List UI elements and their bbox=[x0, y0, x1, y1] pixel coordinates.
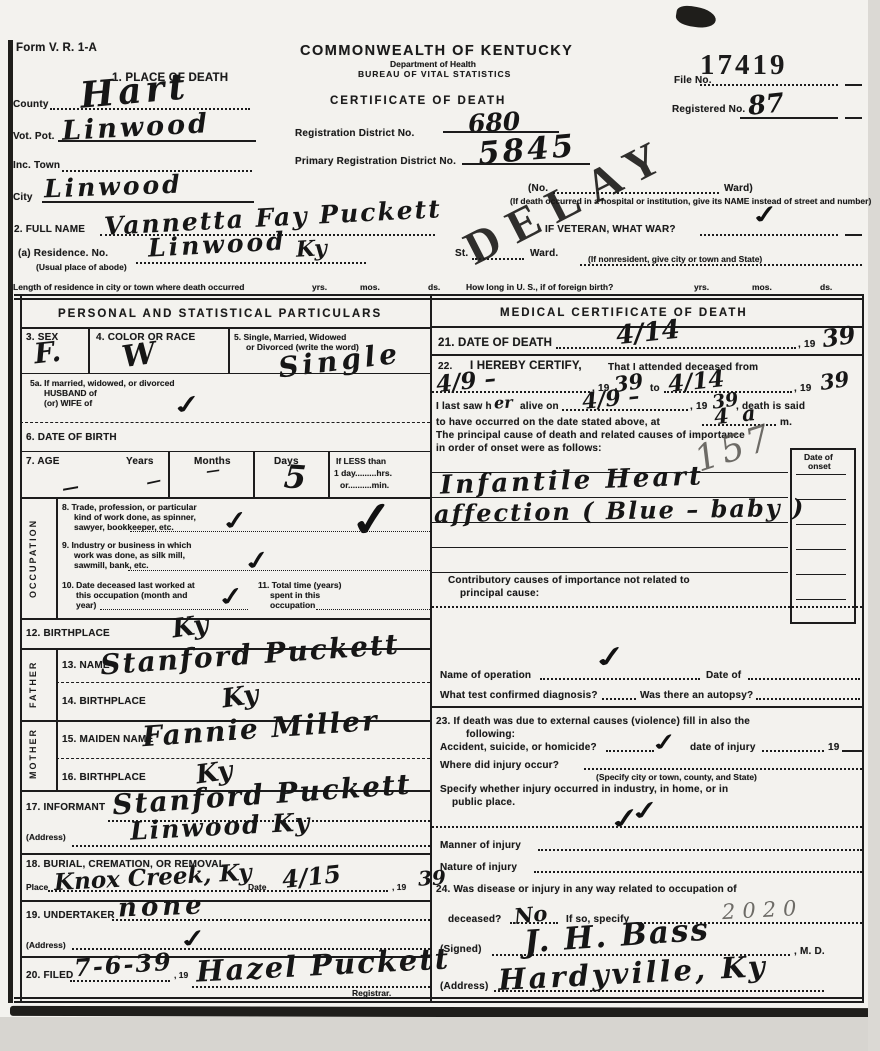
filed-year-prefix: , 19 bbox=[174, 970, 188, 980]
form-line bbox=[42, 201, 254, 203]
form-line bbox=[192, 986, 430, 988]
burial-date-value: 4/15 bbox=[281, 859, 343, 894]
form-line bbox=[845, 234, 862, 236]
date-of-death-label: 21. DATE OF DEATH bbox=[438, 337, 552, 349]
mother-birthplace-label: 16. BIRTHPLACE bbox=[62, 772, 146, 783]
age-label: 7. AGE bbox=[26, 456, 60, 467]
veteran-checkmark-icon: ✓ bbox=[749, 199, 781, 230]
married-note-line2: HUSBAND of bbox=[44, 388, 97, 398]
operation-label: Name of operation bbox=[440, 670, 531, 681]
death-certificate-scan: Form V. R. 1-A COMMONWEALTH OF KENTUCKY … bbox=[0, 0, 880, 1051]
scan-blob-top-right bbox=[675, 4, 718, 30]
less-than-line1: If LESS than bbox=[336, 456, 386, 466]
industry-label-line2: work was done, as silk mill, bbox=[74, 550, 185, 560]
date-of-death-year: 39 bbox=[820, 320, 857, 353]
signed-label: (Signed) bbox=[440, 944, 482, 955]
sex-value: F. bbox=[32, 335, 62, 371]
meridian-label: m. bbox=[780, 417, 792, 428]
industry-checkmark-icon: ✓ bbox=[240, 545, 274, 578]
form-line bbox=[56, 720, 58, 790]
form-line bbox=[862, 296, 864, 1002]
trade-label-line2: kind of work done, as spinner, bbox=[74, 512, 196, 522]
last-worked-label-line2: this occupation (month and bbox=[76, 590, 187, 600]
certificate-title: CERTIFICATE OF DEATH bbox=[330, 95, 506, 107]
color-race-value: W bbox=[120, 336, 158, 375]
form-line bbox=[100, 609, 248, 610]
manner-of-injury-label: Manner of injury bbox=[440, 840, 521, 851]
vot-pot-label: Vot. Pot. bbox=[13, 131, 55, 142]
filed-date-value: 7-6-39 bbox=[73, 947, 174, 983]
trade-checkmark-icon: ✓ bbox=[219, 505, 252, 537]
ds-label: ds. bbox=[428, 282, 440, 292]
attended-to-year-prefix: , 19 bbox=[794, 383, 811, 394]
primary-district-label: Primary Registration District No. bbox=[295, 156, 456, 167]
undertaker-label: 19. UNDERTAKER bbox=[26, 910, 115, 921]
mother-maiden-name-value: Fannie Miller bbox=[141, 704, 380, 753]
form-line bbox=[88, 327, 90, 373]
form-line bbox=[602, 698, 636, 700]
form-line bbox=[56, 497, 58, 618]
date-of-death-value: 4/14 bbox=[615, 315, 682, 352]
form-line bbox=[20, 373, 430, 374]
where-injury-label: Where did injury occur? bbox=[440, 760, 559, 771]
form-line bbox=[56, 758, 430, 759]
married-note-line3: (or) WIFE of bbox=[44, 398, 92, 408]
form-line bbox=[562, 409, 688, 411]
occupation-large-checkmark-icon: ✓ bbox=[347, 490, 397, 550]
informant-address-label: (Address) bbox=[26, 832, 66, 842]
form-line bbox=[328, 451, 330, 497]
form-line bbox=[20, 853, 430, 855]
form-line bbox=[228, 327, 230, 373]
autopsy-label: Was there an autopsy? bbox=[640, 690, 753, 701]
form-line bbox=[136, 262, 366, 264]
last-worked-label-line1: 10. Date deceased last worked at bbox=[62, 580, 195, 590]
trade-label-line1: 8. Trade, profession, or particular bbox=[62, 502, 197, 512]
department-subtitle: Department of Health bbox=[390, 59, 476, 69]
scan-edge-left-bar bbox=[8, 40, 13, 1003]
form-line bbox=[168, 451, 170, 497]
abode-note: (Usual place of abode) bbox=[36, 262, 127, 272]
form-line bbox=[20, 422, 430, 423]
form-line bbox=[584, 768, 862, 770]
form-line bbox=[430, 706, 862, 708]
form-line bbox=[432, 547, 788, 548]
residence-value: Linwood bbox=[147, 226, 287, 262]
date-of-onset-label-line2: onset bbox=[808, 461, 831, 471]
primary-district-value: 5845 bbox=[477, 128, 578, 172]
mother-side-label: MOTHER bbox=[28, 722, 38, 786]
form-line bbox=[430, 354, 862, 356]
form-line bbox=[253, 451, 255, 497]
form-line bbox=[748, 678, 860, 680]
form-line bbox=[430, 296, 432, 1002]
marital-label-line1: 5. Single, Married, Widowed bbox=[234, 332, 346, 342]
operation-checkmark-icon: ✓ bbox=[590, 638, 631, 675]
burial-year-prefix: , 19 bbox=[392, 882, 406, 892]
form-line bbox=[762, 750, 824, 752]
industry-label-line1: 9. Industry or business in which bbox=[62, 540, 191, 550]
form-line bbox=[58, 140, 256, 142]
form-line bbox=[432, 572, 788, 573]
form-line bbox=[72, 845, 430, 847]
specify-injury-line1: Specify whether injury occurred in indus… bbox=[440, 784, 728, 795]
inc-town-label: Inc. Town bbox=[13, 160, 60, 171]
accident-checkmark-icon: ✓ bbox=[648, 727, 680, 757]
form-line bbox=[20, 327, 430, 329]
less-than-line3: or..........min. bbox=[340, 480, 389, 490]
test-confirmed-label: What test confirmed diagnosis? bbox=[440, 690, 598, 701]
form-line bbox=[472, 258, 524, 260]
form-line bbox=[14, 997, 864, 1003]
medical-certificate-title: MEDICAL CERTIFICATE OF DEATH bbox=[500, 307, 748, 319]
city-label: City bbox=[13, 192, 33, 203]
injury-date-label: date of injury bbox=[690, 742, 756, 753]
less-than-line2: 1 day.........hrs. bbox=[334, 468, 392, 478]
undertaker-address-label: (Address) bbox=[26, 940, 66, 950]
mos-label: mos. bbox=[752, 282, 772, 292]
length-residence-label: Length of residence in city or town wher… bbox=[13, 282, 244, 292]
city-value: Linwood bbox=[44, 170, 184, 204]
attended-to-label: to bbox=[650, 383, 660, 394]
burial-place-label: Place bbox=[26, 882, 48, 892]
last-saw-year-prefix: , 19 bbox=[690, 401, 707, 412]
md-label: , M. D. bbox=[794, 946, 825, 957]
form-line bbox=[756, 698, 860, 700]
residence-state-value: Ky bbox=[295, 235, 327, 263]
filed-label: 20. FILED bbox=[26, 970, 73, 981]
contributory-label-line1: Contributory causes of importance not re… bbox=[448, 575, 690, 586]
father-birthplace-value: Ky bbox=[220, 680, 260, 715]
form-number: Form V. R. 1-A bbox=[16, 42, 97, 54]
attended-to-year: 39 bbox=[818, 366, 850, 395]
residence-label: (a) Residence. No. bbox=[18, 248, 108, 259]
personal-particulars-title: PERSONAL AND STATISTICAL PARTICULARS bbox=[58, 308, 382, 320]
form-line bbox=[845, 117, 862, 119]
age-days-value: 5 bbox=[283, 457, 308, 496]
form-line bbox=[128, 570, 430, 571]
form-line bbox=[70, 980, 170, 982]
physician-address-label: (Address) bbox=[440, 981, 488, 992]
form-line bbox=[20, 900, 430, 902]
external-causes-line1: 23. If death was due to external causes … bbox=[436, 716, 750, 727]
form-line bbox=[556, 347, 796, 349]
scan-edge-right-fade bbox=[868, 0, 880, 1051]
form-line bbox=[20, 451, 430, 452]
ds-label: ds. bbox=[820, 282, 832, 292]
form-line bbox=[700, 84, 838, 86]
age-years-label: Years bbox=[126, 456, 154, 467]
occurred-label: to have occurred on the date stated abov… bbox=[436, 417, 660, 428]
veteran-label: IF VETERAN, WHAT WAR? bbox=[545, 224, 676, 235]
form-line bbox=[534, 871, 862, 873]
yrs-label: yrs. bbox=[312, 282, 327, 292]
last-saw-pronoun-hw: er bbox=[494, 393, 514, 413]
date-of-birth-label: 6. DATE OF BIRTH bbox=[26, 432, 117, 443]
foreign-birth-label: How long in U. S., if of foreign birth? bbox=[466, 282, 613, 292]
form-line bbox=[540, 678, 700, 680]
where-injury-note: (Specify city or town, county, and State… bbox=[596, 772, 757, 782]
form-line bbox=[432, 826, 862, 828]
age-years-mark: — bbox=[144, 471, 162, 492]
nonresident-note: (If nonresident, give city or town and S… bbox=[588, 254, 762, 264]
industry-label-line3: sawmill, bank, etc. bbox=[74, 560, 149, 570]
form-line bbox=[432, 606, 862, 608]
specify-injury-line2: public place. bbox=[452, 797, 515, 808]
mother-maiden-name-label: 15. MAIDEN NAME bbox=[62, 734, 153, 745]
yrs-label: yrs. bbox=[694, 282, 709, 292]
form-line bbox=[842, 750, 862, 752]
dod-year-prefix: , 19 bbox=[798, 339, 815, 350]
form-line bbox=[796, 599, 846, 600]
related-occupation-label: 24. Was disease or injury in any way rel… bbox=[436, 884, 737, 895]
registered-no-label: Registered No. bbox=[672, 104, 745, 115]
principal-cause-line2: in order of onset were as follows: bbox=[436, 443, 602, 454]
deceased-question-label: deceased? bbox=[448, 914, 502, 925]
registrar-label: Registrar. bbox=[352, 988, 391, 998]
form-line bbox=[14, 294, 864, 300]
father-name-value: Stanford Puckett bbox=[99, 628, 401, 682]
form-line bbox=[796, 549, 846, 550]
registration-district-label: Registration District No. bbox=[295, 128, 414, 139]
father-birthplace-label: 14. BIRTHPLACE bbox=[62, 696, 146, 707]
age-mark: — bbox=[60, 477, 80, 500]
accident-label: Accident, suicide, or homicide? bbox=[440, 742, 597, 753]
ward-paren-label: Ward) bbox=[724, 183, 753, 194]
form-line bbox=[48, 890, 388, 892]
form-line bbox=[845, 84, 862, 86]
form-line bbox=[462, 163, 590, 165]
mos-label: mos. bbox=[360, 282, 380, 292]
commonwealth-title: COMMONWEALTH OF KENTUCKY bbox=[300, 43, 573, 59]
form-line bbox=[796, 474, 846, 475]
form-line bbox=[316, 609, 430, 610]
age-months-mark: — bbox=[205, 462, 221, 480]
contributory-label-line2: principal cause: bbox=[460, 588, 539, 599]
form-line bbox=[112, 919, 430, 921]
form-line bbox=[20, 618, 430, 620]
form-line bbox=[700, 234, 838, 236]
total-time-label-line1: 11. Total time (years) bbox=[258, 580, 341, 590]
bureau-subtitle: BUREAU OF VITAL STATISTICS bbox=[358, 69, 511, 79]
occupation-code-pencil: 2020 bbox=[721, 896, 804, 924]
form-line bbox=[796, 574, 846, 575]
father-side-label: FATHER bbox=[28, 652, 38, 716]
total-time-label-line3: occupation bbox=[270, 600, 315, 610]
scan-edge-bottom-fade bbox=[0, 1017, 880, 1051]
residence-ward-label: Ward. bbox=[530, 248, 558, 259]
nature-of-injury-label: Nature of injury bbox=[440, 862, 517, 873]
married-note-line1: 5a. If married, widowed, or divorced bbox=[30, 378, 175, 388]
form-line bbox=[796, 524, 846, 525]
full-name-label: 2. FULL NAME bbox=[14, 224, 85, 235]
form-line bbox=[580, 264, 862, 266]
county-label: County bbox=[13, 99, 49, 110]
birthplace-value: Ky bbox=[170, 610, 210, 645]
external-causes-line2: following: bbox=[466, 729, 515, 740]
total-time-label-line2: spent in this bbox=[270, 590, 320, 600]
form-line bbox=[538, 849, 862, 851]
birthplace-label: 12. BIRTHPLACE bbox=[26, 628, 110, 639]
alive-on-label: alive on bbox=[520, 401, 559, 412]
form-line bbox=[50, 108, 250, 110]
attended-from-value: 4/9 – bbox=[435, 365, 497, 398]
residence-st-label: St. bbox=[455, 248, 468, 259]
injury-year-label: 19 bbox=[828, 742, 840, 753]
operation-date-label: Date of bbox=[706, 670, 741, 681]
form-line bbox=[130, 531, 430, 532]
file-no-value: 17419 bbox=[700, 49, 788, 82]
husband-wife-checkmark-icon: ✓ bbox=[170, 389, 205, 421]
last-worked-label-line3: year) bbox=[76, 600, 96, 610]
form-line bbox=[606, 750, 654, 752]
occupation-side-label: OCCUPATION bbox=[28, 502, 38, 614]
form-line bbox=[740, 117, 838, 119]
informant-label: 17. INFORMANT bbox=[26, 802, 105, 813]
last-saw-label: I last saw h bbox=[436, 401, 492, 412]
form-line bbox=[56, 648, 58, 720]
